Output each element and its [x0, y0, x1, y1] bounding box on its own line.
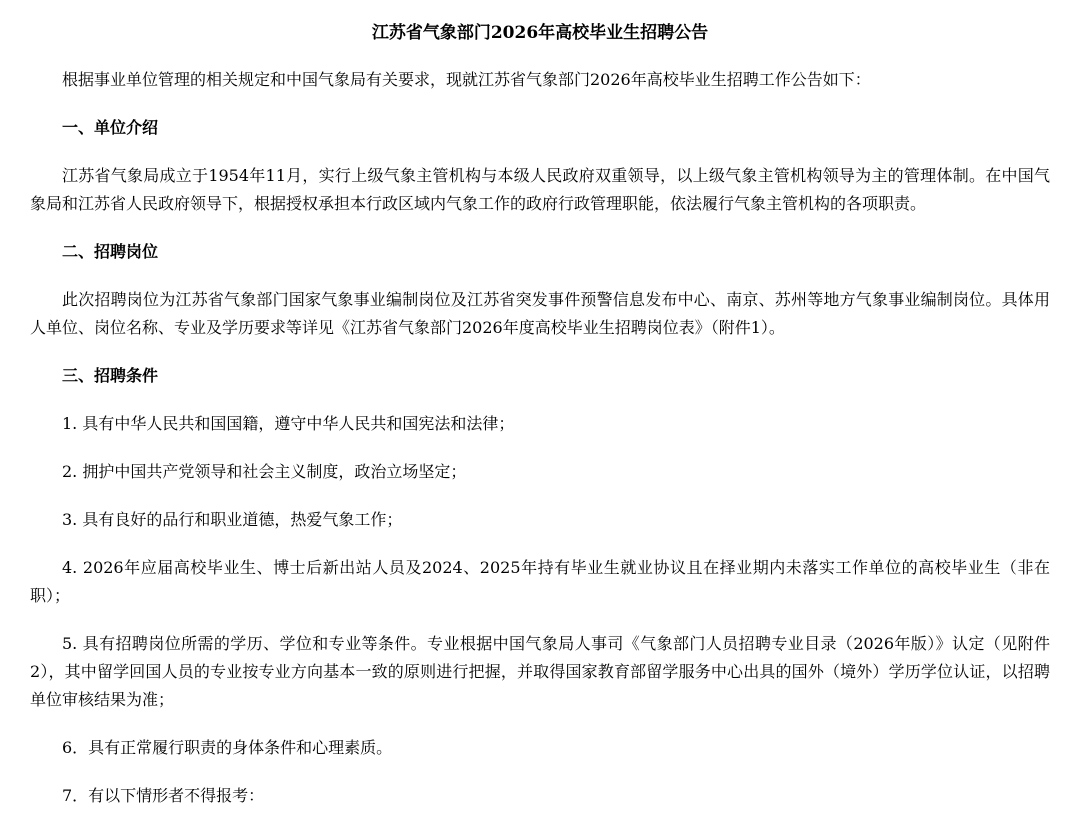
- section-heading: 一、单位介绍: [30, 114, 1050, 142]
- paragraph: 5. 具有招聘岗位所需的学历、学位和专业等条件。专业根据中国气象局人事司《气象部…: [30, 630, 1050, 714]
- paragraph: 7．有以下情形者不得报考：: [30, 782, 1050, 810]
- document-title: 江苏省气象部门2026年高校毕业生招聘公告: [30, 20, 1050, 46]
- paragraph: 6．具有正常履行职责的身体条件和心理素质。: [30, 734, 1050, 762]
- paragraph: 根据事业单位管理的相关规定和中国气象局有关要求，现就江苏省气象部门2026年高校…: [30, 66, 1050, 94]
- paragraph: 此次招聘岗位为江苏省气象部门国家气象事业编制岗位及江苏省突发事件预警信息发布中心…: [30, 286, 1050, 342]
- paragraph: 2. 拥护中国共产党领导和社会主义制度，政治立场坚定；: [30, 458, 1050, 486]
- section-heading: 三、招聘条件: [30, 362, 1050, 390]
- section-heading: 二、招聘岗位: [30, 238, 1050, 266]
- document-page: 江苏省气象部门2026年高校毕业生招聘公告 根据事业单位管理的相关规定和中国气象…: [0, 0, 1080, 838]
- document-body: 根据事业单位管理的相关规定和中国气象局有关要求，现就江苏省气象部门2026年高校…: [30, 66, 1050, 810]
- paragraph: 4. 2026年应届高校毕业生、博士后新出站人员及2024、2025年持有毕业生…: [30, 554, 1050, 610]
- paragraph: 3. 具有良好的品行和职业道德，热爱气象工作；: [30, 506, 1050, 534]
- paragraph: 江苏省气象局成立于1954年11月，实行上级气象主管机构与本级人民政府双重领导，…: [30, 162, 1050, 218]
- paragraph: 1. 具有中华人民共和国国籍，遵守中华人民共和国宪法和法律；: [30, 410, 1050, 438]
